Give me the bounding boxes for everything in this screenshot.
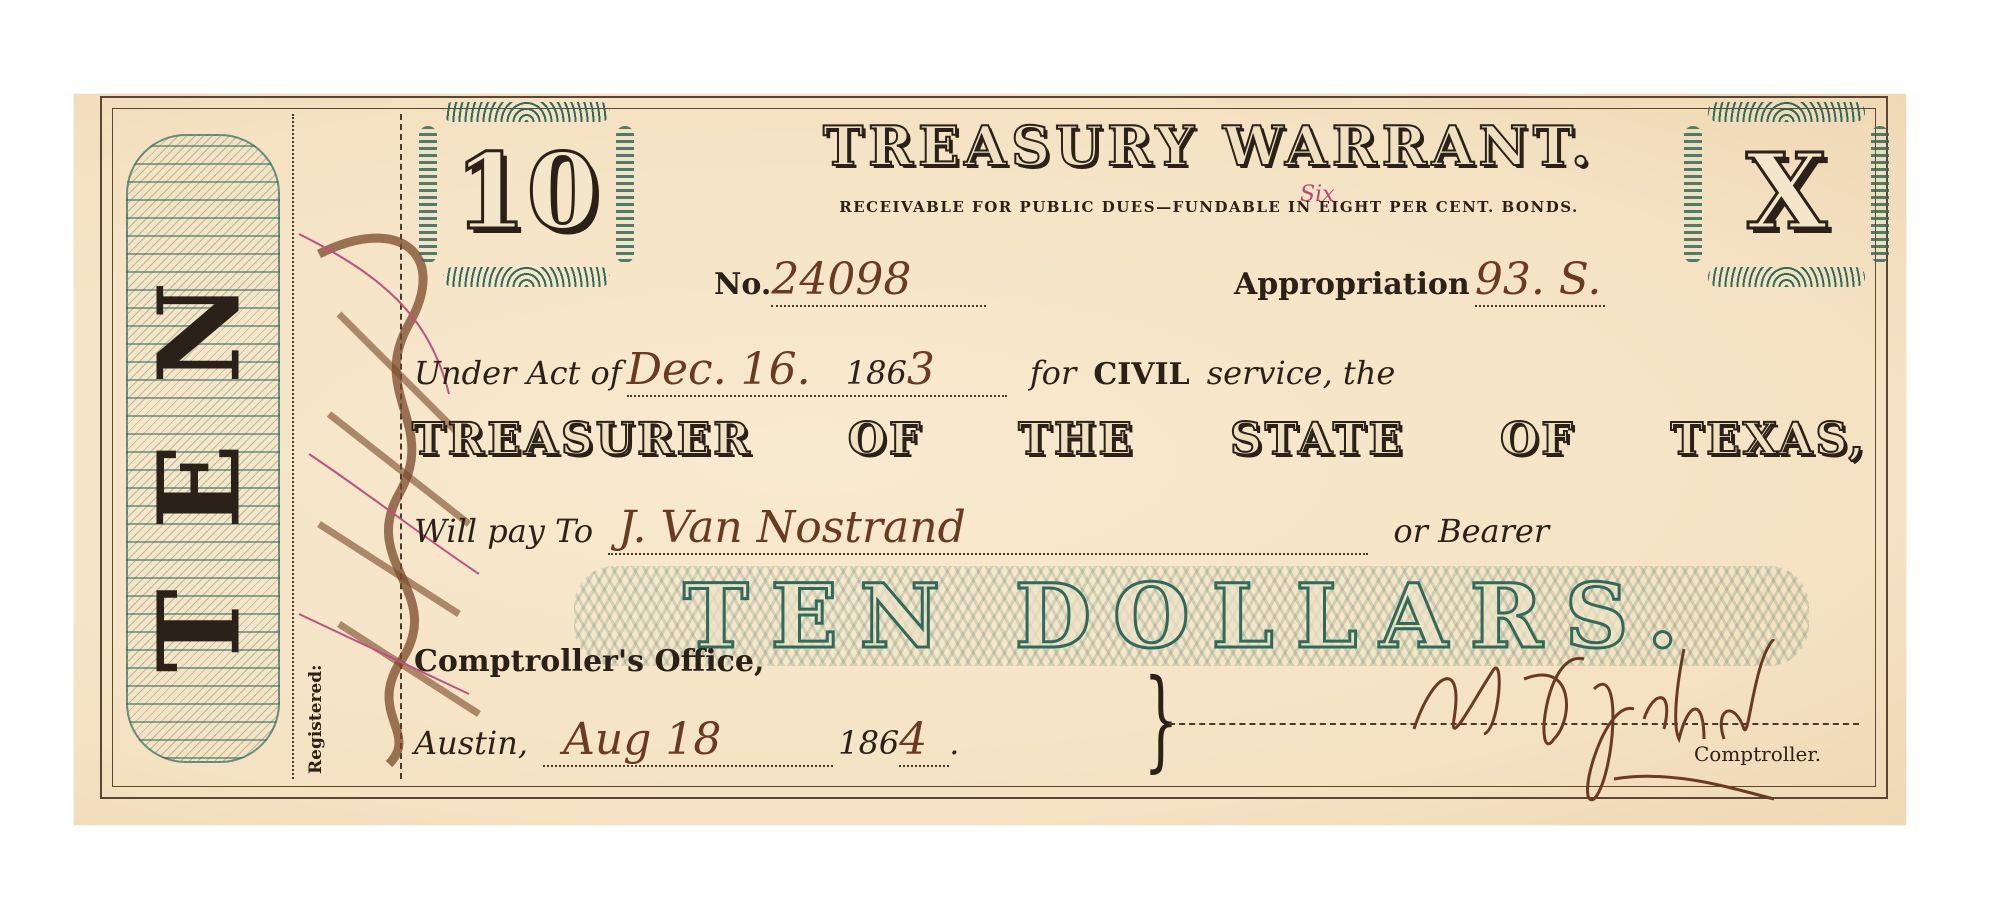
ornament-bottom bbox=[443, 267, 610, 287]
treasury-warrant: TEN Registered: 10 X TREASURY WARRANT. R… bbox=[74, 94, 1906, 825]
act-year-hand: 3 bbox=[907, 344, 935, 395]
appropriation-value: 93. S. bbox=[1475, 254, 1602, 305]
act-line: Under Act of Dec. 16. 1863 for CIVIL ser… bbox=[414, 344, 1395, 397]
ornament-top bbox=[1708, 102, 1865, 122]
ornament-bottom bbox=[1708, 267, 1865, 287]
office-year-hand: 4 bbox=[899, 714, 927, 765]
pencil-annotation: Six bbox=[1300, 182, 1335, 207]
side-denomination-text: TEN bbox=[145, 221, 257, 672]
office-date: Aug 18 bbox=[563, 714, 721, 765]
office-year-printed: 186 bbox=[838, 724, 899, 762]
act-suffix: service, the bbox=[1207, 354, 1396, 392]
for-label: for bbox=[1030, 354, 1076, 392]
act-year-printed: 186 bbox=[846, 354, 907, 392]
warrant-title: TREASURY WARRANT. bbox=[759, 114, 1659, 178]
appropriation-label: Appropriation bbox=[1234, 267, 1470, 302]
pay-line: Will pay To J. Van Nostrand or Bearer bbox=[414, 502, 1549, 555]
office-date-line: Austin, Aug 18 1864. bbox=[414, 714, 959, 767]
number-label: No. bbox=[714, 267, 771, 302]
denomination-numeral: 10 bbox=[419, 132, 634, 252]
pay-prefix: Will pay To bbox=[414, 512, 593, 550]
comptroller-title: Comptroller. bbox=[1694, 742, 1821, 766]
ornament-top bbox=[443, 102, 610, 122]
denomination-box-right: X bbox=[1684, 102, 1889, 287]
office-label: Comptroller's Office, bbox=[414, 644, 764, 679]
service-type: CIVIL bbox=[1093, 357, 1189, 392]
act-date: Dec. 16. bbox=[627, 344, 811, 395]
denomination-box-left: 10 bbox=[419, 102, 634, 287]
act-prefix: Under Act of bbox=[414, 354, 622, 392]
number-field: No.24098 bbox=[714, 254, 986, 307]
payee-name: J. Van Nostrand bbox=[618, 502, 966, 553]
payer-line: TREASURER OF THE STATE OF TEXAS, bbox=[412, 414, 1867, 465]
comptroller-signature bbox=[1404, 639, 1824, 809]
number-value: 24098 bbox=[771, 254, 911, 305]
appropriation-field: Appropriation 93. S. bbox=[1234, 254, 1605, 307]
denomination-roman: X bbox=[1684, 132, 1889, 252]
warrant-subtitle: RECEIVABLE FOR PUBLIC DUES—FUNDABLE IN E… bbox=[724, 198, 1694, 216]
brace-divider: } bbox=[1144, 664, 1179, 774]
office-city: Austin, bbox=[414, 724, 528, 762]
pay-suffix: or Bearer bbox=[1393, 512, 1549, 550]
side-denomination: TEN bbox=[126, 134, 276, 759]
